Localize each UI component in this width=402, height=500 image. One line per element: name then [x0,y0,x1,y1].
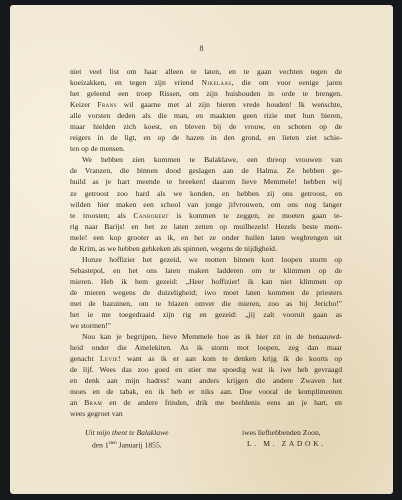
text-line: heid onder die Amelekiten. As ik storm m… [70,342,342,353]
text-line: maar hielden zich koest, en bleven bij d… [70,121,342,132]
text-line: de Krim, as we hebben gehkeken als spinn… [70,243,342,254]
text-line: reigers in de ligt, en op de hazen in de… [70,132,342,143]
text-line: de mieren wegens de duizeligheid; iwo mo… [70,287,342,298]
text-line: met de bazuinen, om te blazen omver die … [70,298,342,309]
paragraph: Honze hoffizier het gezeid, we motten bi… [70,254,342,331]
text-line: huild as je hart meende te breeken! daar… [70,176,342,187]
text-line: alle vorsten deden als die man, en maakt… [70,110,342,121]
text-line: ze getroost zoo hard als we konden, en h… [70,188,342,199]
text-line: mieren. Heb ik hem gezeid: „Heer hoffizi… [70,276,342,287]
text-line: genacht Levie! want as ik er aan kom te … [70,353,342,364]
text-line: de lijf. Wees das zoo goed en stier me s… [70,364,342,375]
page-number: 8 [10,44,393,53]
text-line: we stormen!" [70,320,342,331]
text-line: koeizakken, en tegen zijn vriend Nikelaa… [70,77,342,88]
paragraph: We hebben zien kommen te Balaklawe, een … [70,154,342,253]
text-line: Keizer Frans wil gaarne met al zijn bier… [70,99,342,110]
text-line: Sebastepol, en het ons laten maken ladde… [70,265,342,276]
document-page: 8 niet veel list om haar alleen te laten… [10,5,393,494]
text-line: moes en de tabak, en ik heb er niks aan.… [70,386,342,397]
text-line: ten op de mensen. [70,143,342,154]
text-line: het geleend een troep Rissen, om zijn hu… [70,88,342,99]
text-line: mele! een kop grooter as ik, en het ze o… [70,232,342,243]
text-line: rig naar Barijs! en het ze laten zetten … [70,221,342,232]
paragraph: niet veel list om haar alleen te laten, … [70,66,342,154]
text-line: te troosten; als Canrobert is kommen te … [70,210,342,221]
letter-body: niet veel list om haar alleen te laten, … [70,66,342,420]
text-line: wees gegroet van [70,408,342,419]
signature: L. M. ZADOK. [247,438,326,449]
text-line: an Bram en de andere frinden, drik me be… [70,397,342,408]
paragraph: Nou kan je begrijpen, lieve Memmele hoe … [70,331,342,419]
closing-place: Uit mijn thent te Balaklawe [85,427,169,438]
text-line: wilden hier maken een school van jonge j… [70,199,342,210]
text-line: het ie me toegedraaid zijn rig en gezeid… [70,309,342,320]
text-line: We hebben zien kommen te Balaklawe, een … [70,154,342,165]
closing-salutation: iwes liefhebbenden Zoon, [242,427,321,438]
text-line: niet veel list om haar alleen te laten, … [70,66,342,77]
closing-date: den 1sten Januarij 1855. [92,438,162,451]
text-line: Nou kan je begrijpen, lieve Memmele hoe … [70,331,342,342]
text-line: en denk aan mijn hadres! want anders kri… [70,375,342,386]
text-line: Honze hoffizier het gezeid, we motten bi… [70,254,342,265]
text-line: de Vranzen, die binnen dood geslagen aan… [70,165,342,176]
